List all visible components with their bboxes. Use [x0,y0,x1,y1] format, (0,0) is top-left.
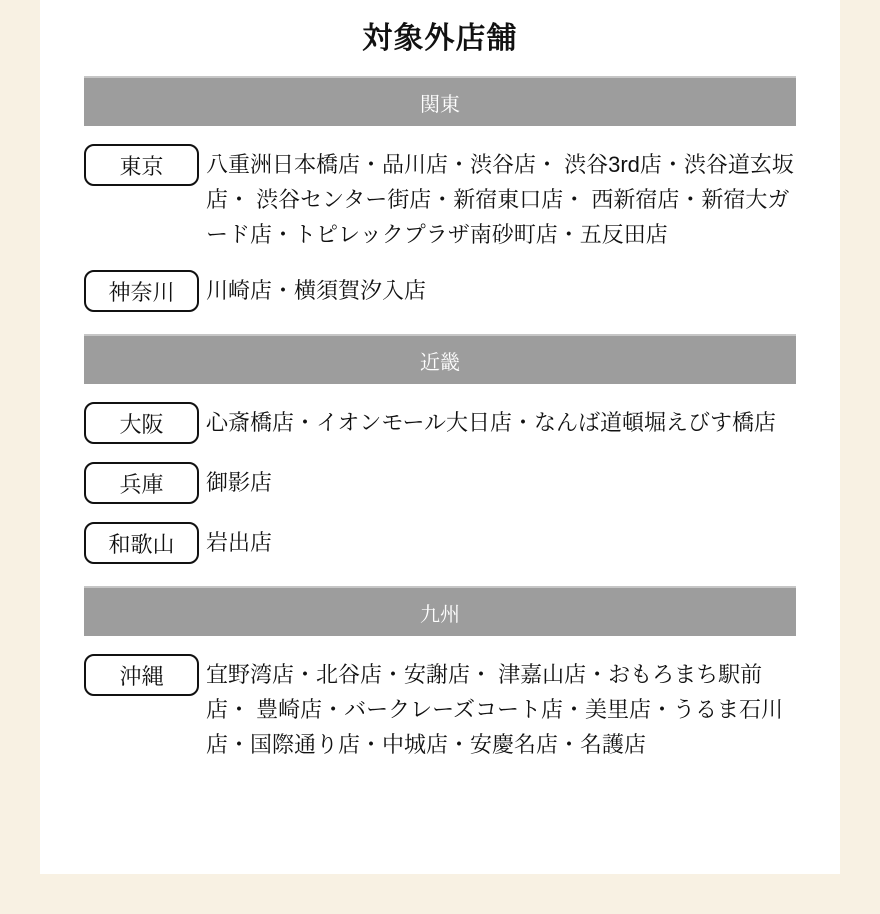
excluded-stores-card: 対象外店舗 関東 東京 八重洲日本橋店・品川店・渋谷店・ 渋谷3rd店・渋谷道玄… [40,0,840,874]
store-list-text: 川崎店・横須賀汐入店 [206,273,796,308]
region-name: 近畿 [420,346,460,375]
prefecture-row: 和歌山 岩出店 [84,525,796,564]
region-rows: 東京 八重洲日本橋店・品川店・渋谷店・ 渋谷3rd店・渋谷道玄坂店・ 渋谷センタ… [84,147,796,312]
prefecture-badge: 和歌山 [84,522,199,564]
prefecture-row: 沖縄 宜野湾店・北谷店・安謝店・ 津嘉山店・おもろまち駅前店・ 豊崎店・バークレ… [84,657,796,762]
region-header-bar: 近畿 [84,334,796,384]
region-sections-container: 関東 東京 八重洲日本橋店・品川店・渋谷店・ 渋谷3rd店・渋谷道玄坂店・ 渋谷… [84,76,796,762]
store-list-text: 心斎橋店・イオンモール大日店・なんば道頓堀えびす橋店 [206,405,796,440]
prefecture-row: 大阪 心斎橋店・イオンモール大日店・なんば道頓堀えびす橋店 [84,405,796,444]
region-section: 関東 東京 八重洲日本橋店・品川店・渋谷店・ 渋谷3rd店・渋谷道玄坂店・ 渋谷… [84,76,796,312]
store-list-text: 岩出店 [206,525,796,560]
prefecture-badge: 東京 [84,144,199,186]
store-list-text: 八重洲日本橋店・品川店・渋谷店・ 渋谷3rd店・渋谷道玄坂店・ 渋谷センター街店… [206,147,796,252]
prefecture-badge: 兵庫 [84,462,199,504]
store-list-text: 御影店 [206,465,796,500]
page-title: 対象外店舗 [84,22,796,56]
region-header-bar: 関東 [84,76,796,126]
region-section: 九州 沖縄 宜野湾店・北谷店・安謝店・ 津嘉山店・おもろまち駅前店・ 豊崎店・バ… [84,586,796,762]
region-name: 九州 [420,598,460,627]
prefecture-badge: 神奈川 [84,270,199,312]
prefecture-badge: 沖縄 [84,654,199,696]
region-section: 近畿 大阪 心斎橋店・イオンモール大日店・なんば道頓堀えびす橋店 兵庫 御影店 … [84,334,796,564]
prefecture-row: 東京 八重洲日本橋店・品川店・渋谷店・ 渋谷3rd店・渋谷道玄坂店・ 渋谷センタ… [84,147,796,252]
region-rows: 大阪 心斎橋店・イオンモール大日店・なんば道頓堀えびす橋店 兵庫 御影店 和歌山… [84,405,796,564]
prefecture-row: 兵庫 御影店 [84,465,796,504]
region-name: 関東 [420,88,460,117]
region-header-bar: 九州 [84,586,796,636]
prefecture-badge: 大阪 [84,402,199,444]
prefecture-row: 神奈川 川崎店・横須賀汐入店 [84,273,796,312]
region-rows: 沖縄 宜野湾店・北谷店・安謝店・ 津嘉山店・おもろまち駅前店・ 豊崎店・バークレ… [84,657,796,762]
store-list-text: 宜野湾店・北谷店・安謝店・ 津嘉山店・おもろまち駅前店・ 豊崎店・バークレーズコ… [206,657,796,762]
